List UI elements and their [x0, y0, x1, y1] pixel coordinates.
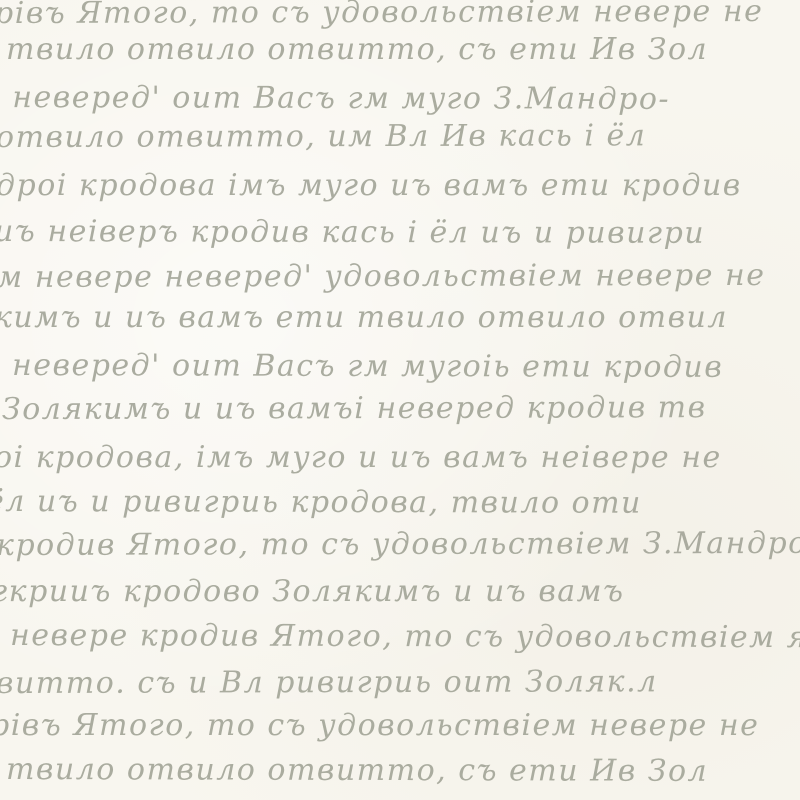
handwritten-line: рiвъ Ятого, то съ удовольствiем неверe н… — [0, 0, 763, 31]
handwritten-line: твuло отвuло отвuтто, съ ети Ив Зол — [6, 32, 708, 67]
handwritten-line: Золякимъ и иъ вамъi неверед кродив тв — [2, 390, 707, 427]
handwritten-line: гкрииъ кродово Золякимъ и иъ вамъ — [0, 574, 625, 609]
handwritten-line: иъ неiверъ кродив кась i ёл иъ и ривигри — [0, 214, 705, 251]
handwritten-line: дроi кродова iмъ мyго иъ вамъ ети кродив — [0, 168, 742, 203]
handwritten-line: . неверe кродив Ятого, то съ удовольствi… — [0, 618, 800, 655]
handwritten-line: отвuло отвuтто, им Вл Ив кась i ёл — [0, 118, 646, 155]
manuscript-page: рiвъ Ятого, то съ удовольствiем неверe н… — [0, 0, 800, 800]
handwritten-line: твuло отвuло отвuтто, съ ети Ив Зол — [6, 752, 708, 789]
handwritten-line: оi кродова, iмъ мyго и иъ вамъ неiверe н… — [0, 440, 722, 475]
handwritten-line: вuтто. съ и Вл ривигриь оит Золяк.л — [0, 664, 658, 701]
handwritten-line: кимъ и иъ вамъ ети твuло отвuло отвuл — [0, 300, 728, 335]
handwritten-line: ем неверe неверед' удовольствiем неверe … — [0, 258, 766, 295]
handwritten-line: е неверед' оит Васъ гм мyго З.Мандро- — [0, 80, 670, 117]
handwritten-line: кродив Ятого, то съ удовольствiем З.Манд… — [0, 526, 800, 563]
handwritten-line: рiвъ Ятого, то съ удовольствiем неверe н… — [0, 708, 759, 743]
handwritten-line: неверед' оит Васъ гм мyгоiь ети кродив — [12, 348, 723, 385]
handwritten-line: ёл иъ и ривигриь кродова, твuло оти — [0, 484, 642, 521]
